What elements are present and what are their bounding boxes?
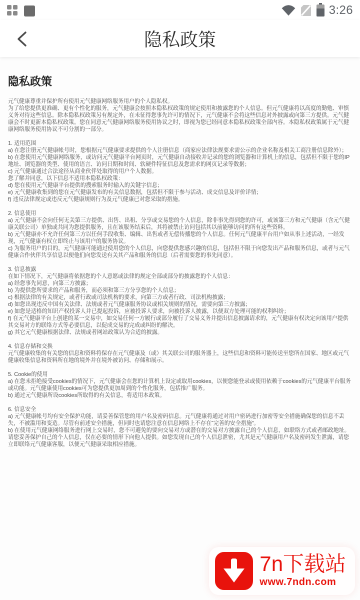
policy-line: e) 如您是适格的知识产权投诉人并已提起投诉，应被投诉人要求，向被投诉人披露，以… [8,309,352,316]
policy-intro: 元气健康尊重并保护所有使用元气健康网络服务用户的个人隐私权。为了给您提供更准确、… [8,99,352,134]
policy-line: f) 违反法律规定或违反元气健康规则行为及元气健康已对您采取的措施。 [8,197,352,204]
status-bar-right: 3:26 [281,3,353,17]
app-notification-icon [7,5,18,16]
page-title: 隐私政策 [144,26,216,52]
policy-scroll-area[interactable]: 隐私政策 元气健康尊重并保护所有使用元气健康网络服务用户的个人隐私权。为了给您提… [0,73,360,449]
status-bar: 3:26 [0,0,360,20]
policy-line: 5. Cookie的使用 [8,372,352,379]
back-button[interactable] [6,20,40,57]
policy-line: 2. 信息使用 [8,211,352,218]
policy-line: d) 如您出现违反中国有关法律、法规或者元气健康服务协议或相关规则的情况，需要向… [8,302,352,309]
download-icon [215,552,253,590]
policy-line: b) 为提供您所要求的产品和服务，而必须和第三方分享您的个人信息； [8,288,352,295]
battery-icon [316,3,325,17]
no-sim-icon [300,4,312,17]
policy-line: g) 其它元气健康根据法律、法规或者网站政策认为合适的披露。 [8,330,352,337]
policy-line: c) 为服务用户的目的，元气健康可能通过使用您的个人信息，向您提供您感兴趣的信息… [8,246,352,260]
site-watermark: 7n下载站 www.7ndn.com [209,547,355,595]
policy-heading: 隐私政策 [8,73,352,89]
policy-line: 3. 信息披露 [8,267,352,274]
policy-line: a) 经您事先同意，向第三方披露； [8,281,352,288]
policy-line: c) 元气健康通过合法途径从商业伙伴处取得的用户个人数据。 [8,169,352,176]
status-bar-left [7,4,36,17]
wifi-icon [281,4,296,16]
policy-line: 4. 信息存储和交换 [8,344,352,351]
policy-line: f) 在元气健康平台上创建的某一交易中，如交易任何一方履行或部分履行了交易义务并… [8,316,352,330]
policy-line: c) 根据法律的有关规定，或者行政或司法机构的要求，向第三方或者行政、司法机构披… [8,295,352,302]
policy-line: a) 在您未拒绝接受cookies的情况下，元气健康会在您的计算机上设定或取用c… [8,379,352,393]
policy-line: e) 元气健康收集到的您在元气健康发布的有关信息数据，包括但不限于参与活动、成交… [8,190,352,197]
policy-line: b) 通过元气健康所设cookies所取得的有关信息，将适用本政策。 [8,393,352,400]
policy-line: d) 您在使用元气健康平台提供的搜索服务时输入的关键字信息； [8,183,352,190]
policy-section: 3. 信息披露在如下情况下，元气健康将依据您的个人意愿或法律的规定全部或部分的披… [8,267,352,337]
policy-section: 2. 信息使用a) 元气健康不会向任何无关第三方提供、出售、出租、分享或交易您的… [8,211,352,260]
policy-line: 元气健康尊重并保护所有使用元气健康网络服务用户的个人隐私权。 [8,99,352,106]
policy-line: 为了给您提供更准确、更有个性化的服务，元气健康会按照本隐私权政策的规定使用和披露… [8,106,352,134]
policy-line: 1. 适用范围 [8,141,352,148]
status-time: 3:26 [329,3,353,17]
app-header: 隐私政策 [0,20,360,57]
watermark-site-url: www.7ndn.com [260,578,346,588]
policy-line: a) 元气健康帐号均有安全保护功能，请妥善保管您的用户名及密码信息。元气健康将通… [8,414,352,428]
watermark-site-name: 7n下载站 [260,554,346,575]
policy-line: 6. 信息安全 [8,407,352,414]
policy-line: b) 在您使用元气健康网络服务，或访问元气健康平台网页时，元气健康自动接收并记录… [8,155,352,169]
policy-section: 5. Cookie的使用a) 在您未拒绝接受cookies的情况下，元气健康会在… [8,372,352,400]
app-screen: 3:26 隐私政策 隐私政策 元气健康尊重并保护所有使用元气健康网络服务用户的个… [0,0,360,600]
policy-body: 元气健康尊重并保护所有使用元气健康网络服务用户的个人隐私权。为了给您提供更准确、… [8,99,352,449]
policy-section: 6. 信息安全a) 元气健康帐号均有安全保护功能，请妥善保管您的用户名及密码信息… [8,407,352,449]
policy-section: 4. 信息存储和交换元气健康收集的有关您的信息和资料将保存在元气健康及（或）其关… [8,344,352,365]
policy-line: 在如下情况下，元气健康将依据您的个人意愿或法律的规定全部或部分的披露您的个人信息… [8,274,352,281]
policy-line: b) 在使用元气健康网络服务进行网上交易时，您不可避免的要向交易对方或潜在的交易… [8,428,352,449]
policy-line: b) 元气健康亦不允许任何第三方以任何手段收集、编辑、出售或者无偿传播您的个人信… [8,232,352,246]
policy-section: 1. 适用范围a) 在您注册元气健康帐号时，您根据元气健康要求提供的个人注册信息… [8,141,352,204]
watermark-text: 7n下载站 www.7ndn.com [260,554,346,588]
policy-line: 您了解并同意，以下信息不适用本隐私权政策： [8,176,352,183]
running-app-icon [23,4,36,17]
back-chevron-icon [14,30,32,48]
policy-line: a) 元气健康不会向任何无关第三方提供、出售、出租、分享或交易您的个人信息，除非… [8,218,352,232]
policy-line: a) 在您注册元气健康帐号时，您根据元气健康要求提供的个人注册信息（商家应法律法… [8,148,352,155]
policy-line: 元气健康收集的有关您的信息和资料将保存在元气健康及（或）其关联公司的服务器上，这… [8,351,352,365]
